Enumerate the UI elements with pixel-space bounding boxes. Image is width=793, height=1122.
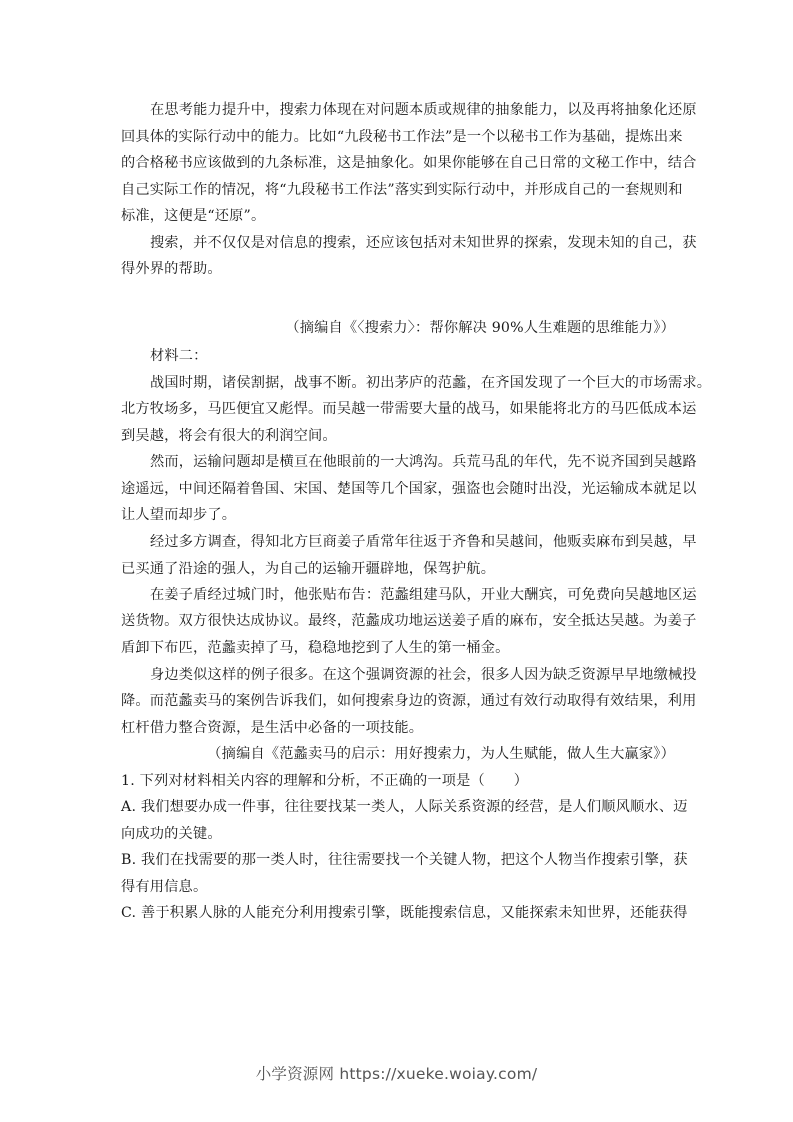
paragraph-line: 战国时期，诸侯割据，战事不断。初出茅庐的范蠡，在齐国发现了一个巨大的市场需求。 — [121, 373, 677, 393]
option-a-continued: 向成功的关键。 — [121, 824, 677, 844]
paragraph-line: 送货物。双方很快达成协议。最终，范蠡成功地运送姜子盾的麻布，安全抵达吴越。为姜子 — [121, 611, 677, 631]
paragraph-line: 到吴越，将会有很大的利润空间。 — [121, 426, 677, 446]
paragraph-line: 自己实际工作的情况，将“九段秘书工作法”落实到实际行动中，并形成自己的一套规则和 — [121, 180, 677, 200]
paragraph-line: 然而，运输问题却是横亘在他眼前的一大鸿沟。兵荒马乱的年代，先不说齐国到吴越路 — [121, 452, 677, 472]
citation: （摘编自《范蠡卖马的启示：用好搜索力，为人生赋能，做人生大赢家》） — [207, 744, 675, 764]
citation: （摘编自《〈搜索力〉：帮你解决 90%人生难题的思维能力》） — [285, 318, 675, 338]
section-heading: 材料二： — [121, 346, 677, 366]
paragraph-line: 降。而范蠡卖马的案例告诉我们，如何搜索身边的资源，通过有效行动取得有效结果，利用 — [121, 691, 677, 711]
paragraph-line: 途遥远，中间还隔着鲁国、宋国、楚国等几个国家，强盗也会随时出没，光运输成本就足以 — [121, 479, 677, 499]
paragraph-line: 让人望而却步了。 — [121, 505, 677, 525]
paragraph-line: 搜索，并不仅仅是对信息的搜索，还应该包括对未知世界的探索，发现未知的自己，获 — [121, 233, 677, 253]
paragraph-line: 身边类似这样的例子很多。在这个强调资源的社会，很多人因为缺乏资源早早地缴械投 — [121, 665, 677, 685]
paragraph-line: 已买通了沿途的强人，为自己的运输开疆辟地，保驾护航。 — [121, 559, 677, 579]
paragraph-line: 北方牧场多，马匹便宜又彪悍。而吴越一带需要大量的战马，如果能将北方的马匹低成本运 — [121, 399, 677, 419]
document-page: 在思考能力提升中，搜索力体现在对问题本质或规律的抽象能力，以及再将抽象化还原 回… — [0, 0, 793, 1122]
paragraph-line: 在思考能力提升中，搜索力体现在对问题本质或规律的抽象能力，以及再将抽象化还原 — [121, 100, 677, 120]
option-a: A. 我们想要办成一件事，往往要找某一类人，人际关系资源的经营，是人们顺风顺水、… — [121, 797, 677, 817]
paragraph-line: 经过多方调查，得知北方巨商姜子盾常年往返于齐鲁和吴越间，他贩卖麻布到吴越，早 — [121, 532, 677, 552]
question-stem: 1. 下列对材料相关内容的理解和分析，不正确的一项是（ ） — [121, 771, 677, 791]
paragraph-line: 盾卸下布匹，范蠡卖掉了马，稳稳地挖到了人生的第一桶金。 — [121, 638, 677, 658]
paragraph-line: 的合格秘书应该做到的九条标准，这是抽象化。如果你能够在自己日常的文秘工作中，结合 — [121, 153, 677, 173]
paragraph-line: 标准，这便是“还原”。 — [121, 206, 677, 226]
paragraph-line: 回具体的实际行动中的能力。比如“九段秘书工作法”是一个以秘书工作为基础，提炼出来 — [121, 127, 677, 147]
option-b-continued: 得有用信息。 — [121, 877, 677, 897]
option-c: C. 善于积累人脉的人能充分利用搜索引擎，既能搜索信息，又能探索未知世界，还能获… — [121, 903, 677, 923]
paragraph-line: 杠杆借力整合资源，是生活中必备的一项技能。 — [121, 718, 677, 738]
paragraph-line: 得外界的帮助。 — [121, 259, 677, 279]
option-b: B. 我们在找需要的那一类人时，往往需要找一个关键人物，把这个人物当作搜索引擎，… — [121, 850, 677, 870]
footer-watermark: 小学资源网 https://xueke.woiay.com/ — [0, 1062, 793, 1084]
paragraph-line: 在姜子盾经过城门时，他张贴布告：范蠡组建马队，开业大酬宾，可免费向吴越地区运 — [121, 585, 677, 605]
